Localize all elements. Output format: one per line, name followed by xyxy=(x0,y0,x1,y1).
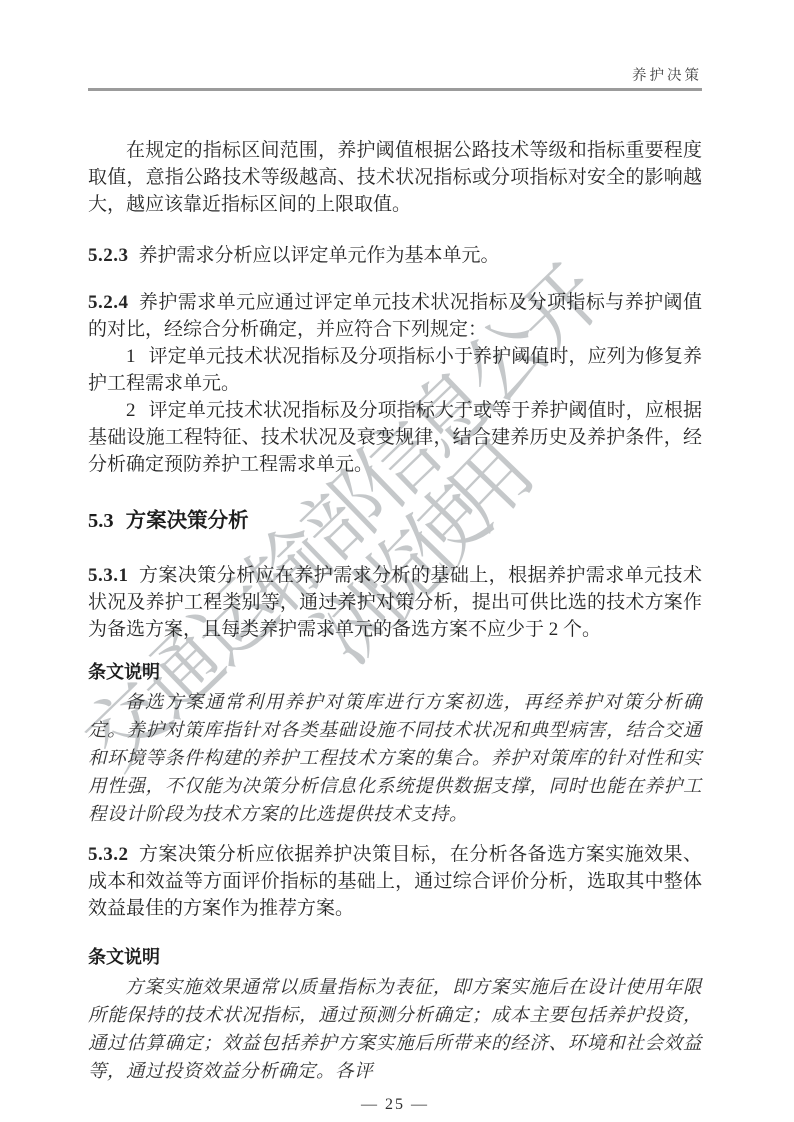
clause-5-2-4-item-2: 2评定单元技术状况指标及分项指标大于或等于养护阈值时，应根据基础设施工程特征、技… xyxy=(88,397,702,478)
clause-number: 5.3.1 xyxy=(88,565,129,586)
item-text: 评定单元技术状况指标及分项指标大于或等于养护阈值时，应根据基础设施工程特征、技术… xyxy=(88,400,702,475)
section-number: 5.3 xyxy=(88,510,114,532)
commentary-paragraph-2: 方案实施效果通常以质量指标为表征，即方案实施后在设计使用年限所能保持的技术状况指… xyxy=(88,974,702,1086)
document-page: 交通运输部信息公开 浏览使用 养护决策 在规定的指标区间范围，养护阈值根据公路技… xyxy=(0,0,794,1122)
intro-paragraph: 在规定的指标区间范围，养护阈值根据公路技术等级和指标重要程度取值，意指公路技术等… xyxy=(88,137,702,218)
commentary-label-1: 条文说明 xyxy=(88,659,702,685)
item-number: 2 xyxy=(126,400,136,421)
running-head: 养护决策 xyxy=(632,68,702,84)
clause-number: 5.2.3 xyxy=(88,245,129,266)
clause-text: 养护需求单元应通过评定单元技术状况指标及分项指标与养护阈值的对比，经综合分析确定… xyxy=(88,292,702,340)
commentary-paragraph-1: 备选方案通常利用养护对策库进行方案初选，再经养护对策分析确定。养护对策库指针对各… xyxy=(88,689,702,829)
section-title: 方案决策分析 xyxy=(126,509,249,532)
clause-5-2-4: 5.2.4养护需求单元应通过评定单元技术状况指标及分项指标与养护阈值的对比，经综… xyxy=(88,289,702,343)
commentary-label-2: 条文说明 xyxy=(88,944,702,970)
header-rule xyxy=(88,88,702,91)
clause-text: 方案决策分析应在养护需求分析的基础上，根据养护需求单元技术状况及养护工程类别等，… xyxy=(88,565,702,640)
item-number: 1 xyxy=(126,346,136,367)
clause-text: 养护需求分析应以评定单元作为基本单元。 xyxy=(139,245,500,266)
page-footer: — 25 — xyxy=(88,1094,702,1116)
clause-5-3-1: 5.3.1方案决策分析应在养护需求分析的基础上，根据养护需求单元技术状况及养护工… xyxy=(88,562,702,643)
section-heading-5-3: 5.3方案决策分析 xyxy=(88,506,702,536)
clause-number: 5.2.4 xyxy=(88,292,129,313)
page-header: 养护决策 xyxy=(88,0,702,86)
page-content: 养护决策 在规定的指标区间范围，养护阈值根据公路技术等级和指标重要程度取值，意指… xyxy=(88,0,702,1116)
clause-number: 5.3.2 xyxy=(88,844,129,865)
clause-text: 方案决策分析应依据养护决策目标，在分析各备选方案实施效果、成本和效益等方面评价指… xyxy=(88,844,702,919)
item-text: 评定单元技术状况指标及分项指标小于养护阈值时，应列为修复养护工程需求单元。 xyxy=(88,346,702,394)
page-number: — 25 — xyxy=(361,1096,429,1113)
clause-5-2-4-item-1: 1评定单元技术状况指标及分项指标小于养护阈值时，应列为修复养护工程需求单元。 xyxy=(88,343,702,397)
clause-5-3-2: 5.3.2方案决策分析应依据养护决策目标，在分析各备选方案实施效果、成本和效益等… xyxy=(88,841,702,922)
clause-5-2-3: 5.2.3养护需求分析应以评定单元作为基本单元。 xyxy=(88,242,702,269)
